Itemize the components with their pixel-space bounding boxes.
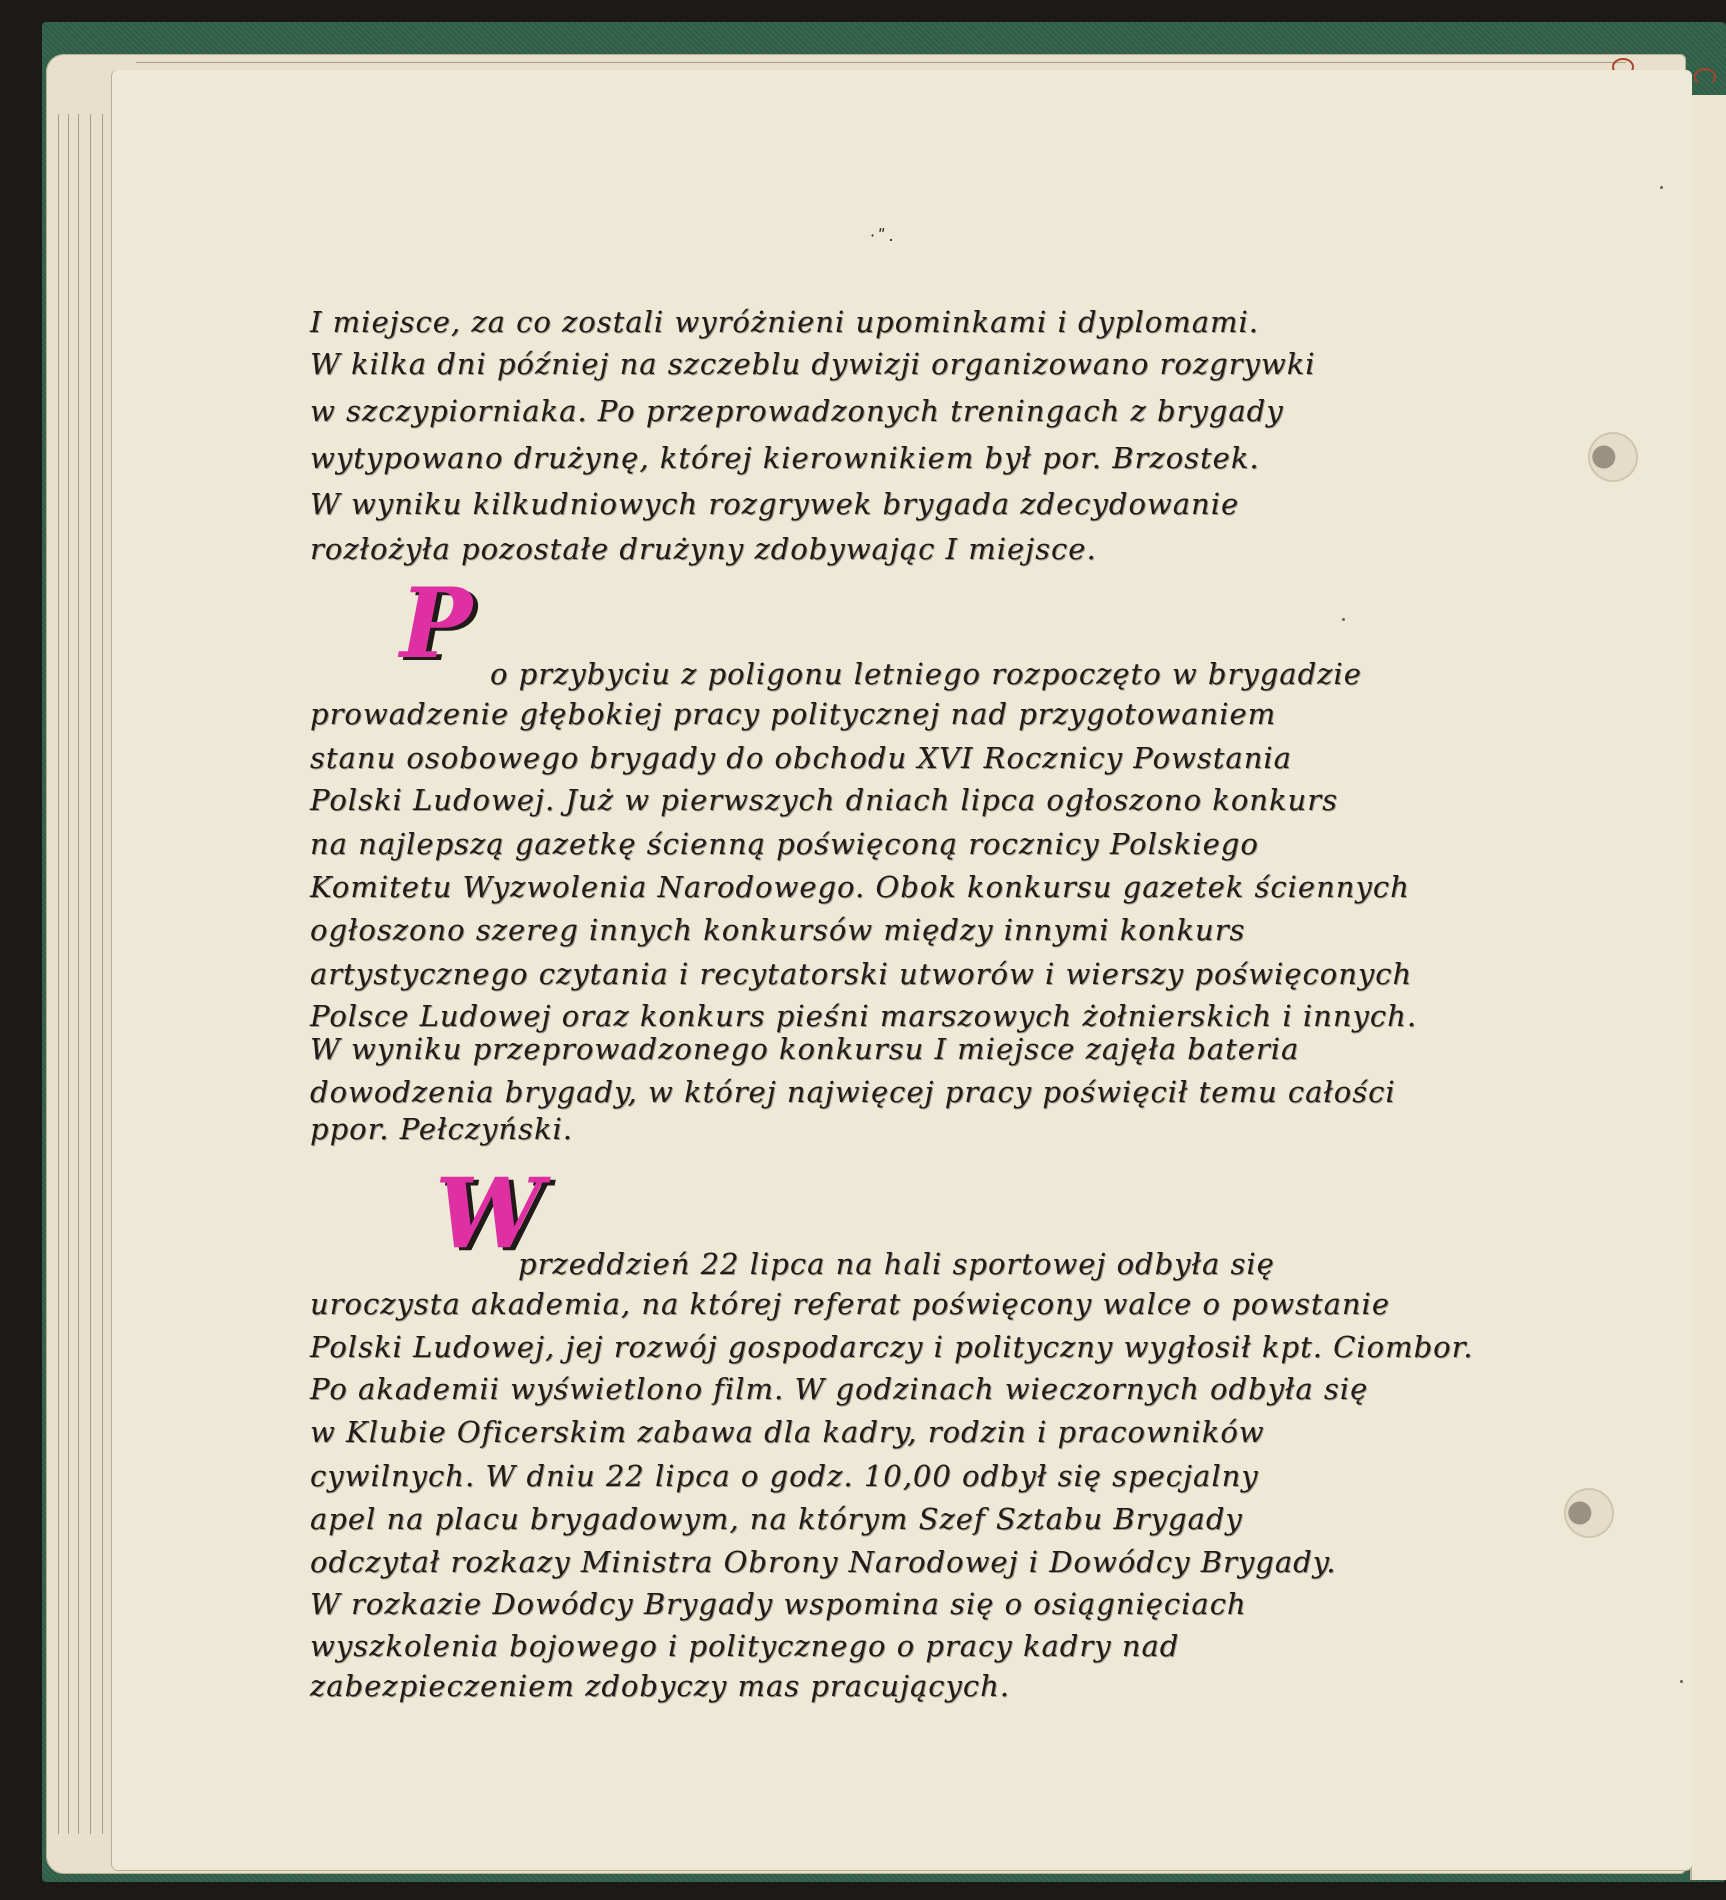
text-line: Polski Ludowej, jej rozwój gospodarczy i…: [310, 1333, 1474, 1362]
punch-hole-icon: [1588, 432, 1638, 482]
text-line: o przybyciu z poligonu letniego rozpoczę…: [490, 660, 1362, 689]
binding-thread-icon: [1694, 68, 1716, 86]
text-line: wytypowano drużynę, której kierownikiem …: [310, 444, 1260, 473]
punch-hole-icon: [1564, 1488, 1614, 1538]
text-line: rozłożyła pozostałe drużyny zdobywając I…: [310, 535, 1097, 564]
folio-mark: ·ʺ.: [870, 226, 897, 245]
text-line: Komitetu Wyzwolenia Narodowego. Obok kon…: [310, 873, 1410, 902]
text-line: W wyniku kilkudniowych rozgrywek brygada…: [310, 490, 1239, 519]
text-line: artystycznego czytania i recytatorski ut…: [310, 960, 1412, 989]
text-line: I miejsce, za co zostali wyróżnieni upom…: [310, 308, 1259, 337]
adjacent-page-edge: [1690, 95, 1726, 1880]
text-line: Polsce Ludowej oraz konkurs pieśni marsz…: [310, 1002, 1417, 1031]
text-line: ogłoszono szereg innych konkursów między…: [310, 916, 1245, 945]
text-line: w szczypiorniaka. Po przeprowadzonych tr…: [310, 397, 1284, 426]
text-line: w Klubie Oficerskim zabawa dla kadry, ro…: [310, 1418, 1265, 1447]
text-line: apel na placu brygadowym, na którym Szef…: [310, 1505, 1243, 1534]
text-line: na najlepszą gazetkę ścienną poświęconą …: [310, 830, 1259, 859]
text-line: odczytał rozkazy Ministra Obrony Narodow…: [310, 1548, 1336, 1577]
text-line: Po akademii wyświetlono film. W godzinac…: [310, 1375, 1368, 1404]
text-line: Polski Ludowej. Już w pierwszych dniach …: [310, 786, 1338, 815]
text-line: prowadzenie głębokiej pracy politycznej …: [310, 700, 1276, 729]
text-line: stanu osobowego brygady do obchodu XVI R…: [310, 744, 1292, 773]
text-line: W wyniku przeprowadzonego konkursu I mie…: [310, 1035, 1299, 1064]
text-line: cywilnych. W dniu 22 lipca o godz. 10,00…: [310, 1462, 1259, 1491]
text-line: zabezpieczeniem zdobyczy mas pracujących…: [310, 1672, 1010, 1701]
text-line: przeddzień 22 lipca na hali sportowej od…: [518, 1250, 1275, 1279]
decorated-initial-p: P: [400, 576, 472, 672]
text-line: wyszkolenia bojowego i politycznego o pr…: [310, 1632, 1179, 1661]
text-line: W rozkazie Dowódcy Brygady wspomina się …: [310, 1590, 1247, 1619]
text-line: uroczysta akademia, na której referat po…: [310, 1290, 1390, 1319]
text-line: W kilka dni później na szczeblu dywizji …: [310, 350, 1316, 379]
text-line: dowodzenia brygady, w której najwięcej p…: [310, 1078, 1396, 1107]
text-line: ppor. Pełczyński.: [310, 1115, 573, 1144]
